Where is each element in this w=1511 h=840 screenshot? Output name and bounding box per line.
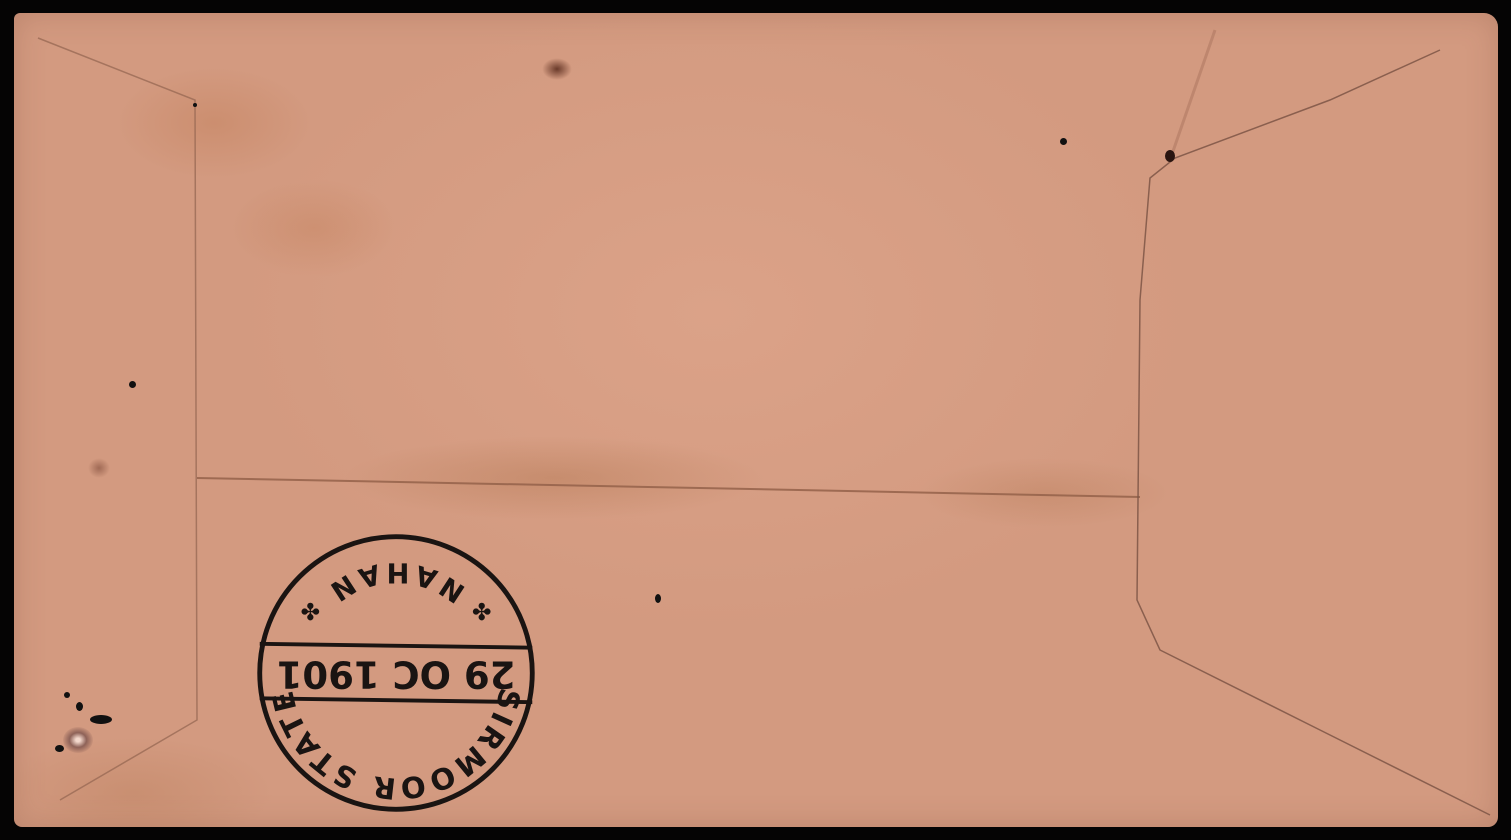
stain bbox=[63, 727, 93, 753]
envelope-flap-lines bbox=[0, 0, 1511, 840]
ink-speck bbox=[55, 745, 64, 752]
ink-speck bbox=[1060, 138, 1067, 145]
ink-speck bbox=[129, 381, 136, 388]
stain bbox=[88, 458, 110, 478]
ink-speck bbox=[1165, 150, 1175, 162]
ink-speck bbox=[193, 103, 197, 107]
ink-speck bbox=[64, 692, 70, 698]
ornament-icon: ✤ bbox=[301, 597, 321, 625]
postmark-bottom-text: NAHAN bbox=[322, 556, 471, 608]
ink-speck bbox=[76, 702, 83, 711]
ink-speck bbox=[90, 715, 112, 724]
stain bbox=[542, 58, 572, 80]
postmark-date: 29 OC 1901 bbox=[277, 652, 516, 695]
ornament-icon: ✤ bbox=[472, 597, 492, 625]
postmark: SIRMOOR STATE 29 OC 1901 NAHAN ✤ ✤ bbox=[250, 527, 542, 819]
ink-speck bbox=[655, 594, 661, 603]
